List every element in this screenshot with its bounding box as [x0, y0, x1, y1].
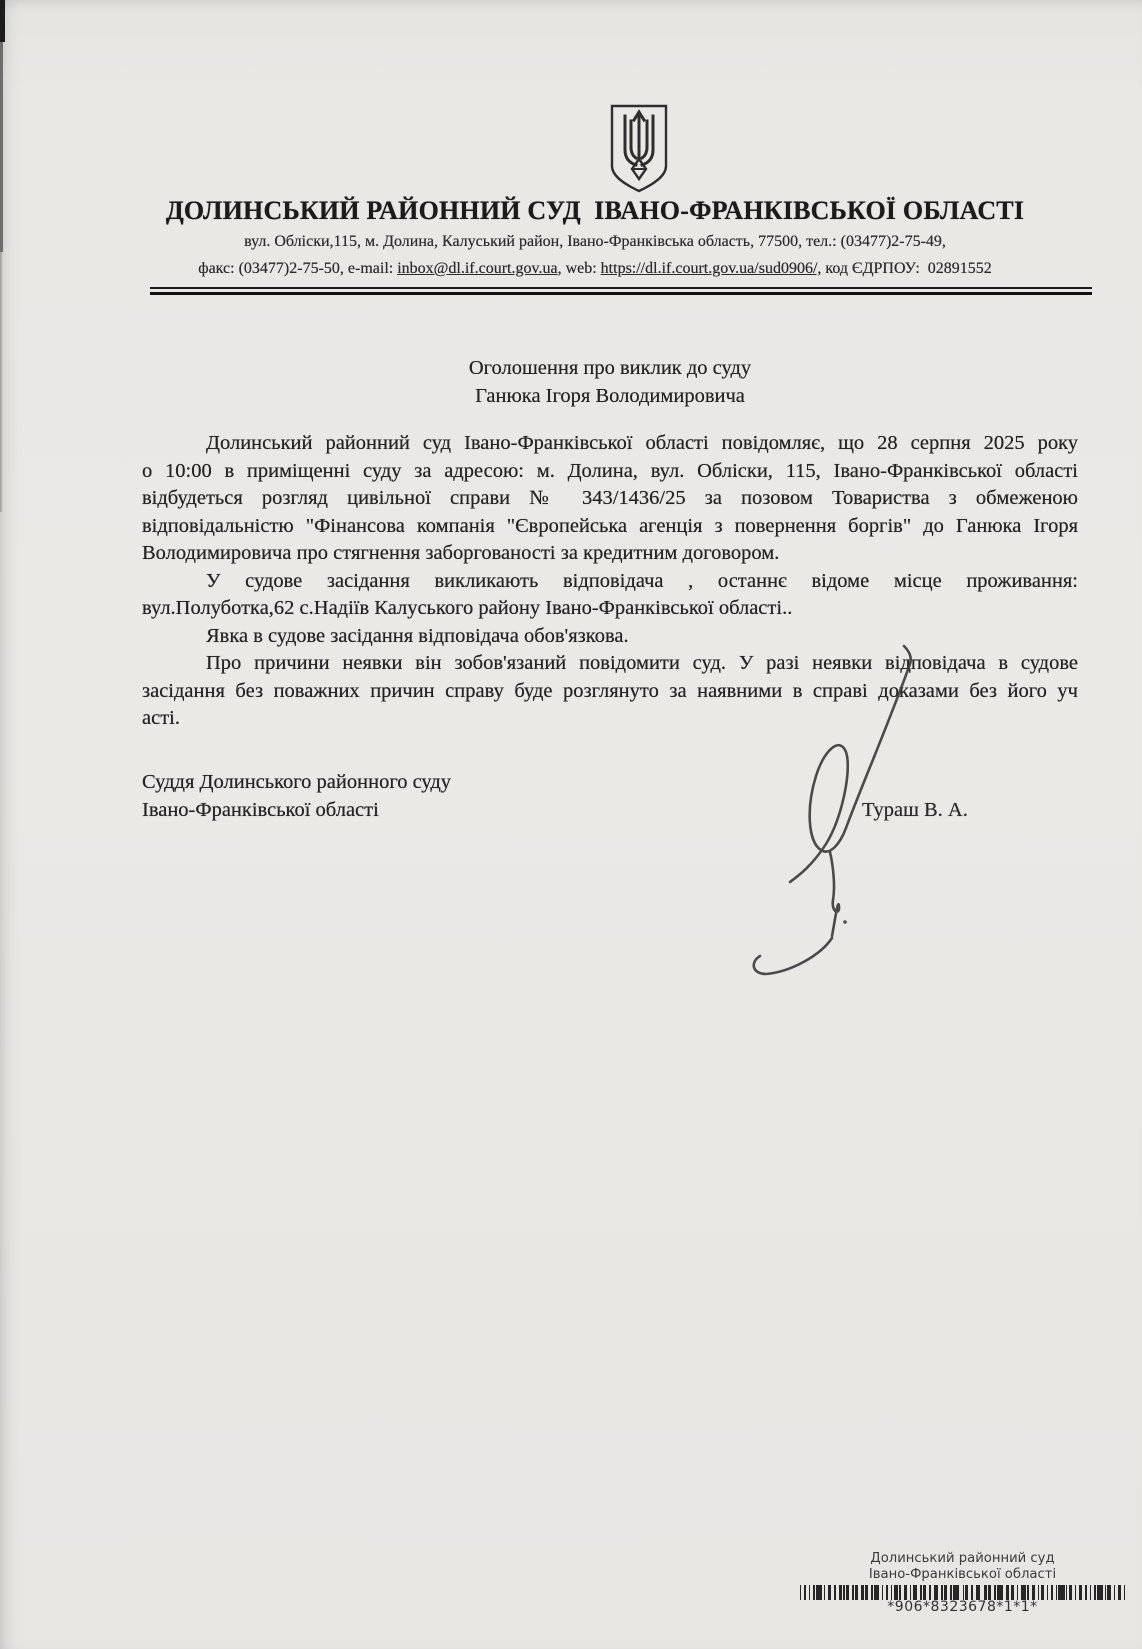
court-name-title: ДОЛИНСЬКИЙ РАЙОННИЙ СУД ІВАНО-ФРАНКІВСЬК…: [90, 196, 1100, 226]
scanned-court-document: ДОЛИНСЬКИЙ РАЙОННИЙ СУД ІВАНО-ФРАНКІВСЬК…: [0, 0, 1142, 1649]
body-line: Долинський районний суд Івано-Франківськ…: [142, 430, 1078, 458]
judge-title-line1: Суддя Долинського районного суду: [142, 769, 451, 797]
ukraine-trident-emblem-icon: [607, 103, 671, 195]
body-line: відбудеться розгляд цивільної справи № 3…: [142, 485, 1078, 513]
court-email-link: inbox@dl.if.court.gov.ua: [397, 260, 557, 277]
body-line: о 10:00 в приміщенні суду за адресою: м.…: [142, 458, 1078, 486]
footer-stamp-block: Долинський районний суд Івано-Франківськ…: [800, 1551, 1125, 1616]
scan-artifact-top-left: [0, 0, 5, 42]
court-website-link: https://dl.if.court.gov.ua/sud0906/,: [601, 260, 822, 277]
signature-block-left: Суддя Долинського районного суду Івано-Ф…: [142, 769, 451, 824]
handwritten-signature: [690, 588, 950, 988]
footer-court-line1: Долинський районний суд: [800, 1551, 1125, 1567]
letterhead-divider-rule: [150, 287, 1092, 295]
body-line: Володимировича про стягнення заборговано…: [142, 540, 1078, 568]
court-address-line: вул. Обліски,115, м. Долина, Калуський р…: [90, 233, 1100, 251]
body-line: відповідальністю "Фінансова компанія "Єв…: [142, 513, 1078, 541]
footer-court-line2: Івано-Франківської області: [800, 1567, 1125, 1583]
scan-artifact-left-strip: [0, 42, 3, 252]
fax-label: факс: (03477)2-75-50, e-mail:: [198, 260, 397, 277]
barcode: [800, 1585, 1125, 1600]
document-title: Оголошення про виклик до суду Ганюка Іго…: [142, 354, 1078, 410]
judge-title-line2: Івано-Франківської області: [142, 797, 451, 825]
document-title-line1: Оголошення про виклик до суду: [142, 354, 1078, 382]
barcode-text: *906*8323678*1*1*: [800, 1600, 1125, 1616]
scan-artifact-left-strip-faint: [0, 252, 2, 512]
court-contact-line: факс: (03477)2-75-50, e-mail: inbox@dl.i…: [90, 260, 1100, 278]
edrpou-code: код ЄДРПОУ: 02891552: [821, 260, 991, 277]
document-title-line2: Ганюка Ігоря Володимировича: [142, 382, 1078, 410]
web-label: , web:: [558, 260, 601, 277]
